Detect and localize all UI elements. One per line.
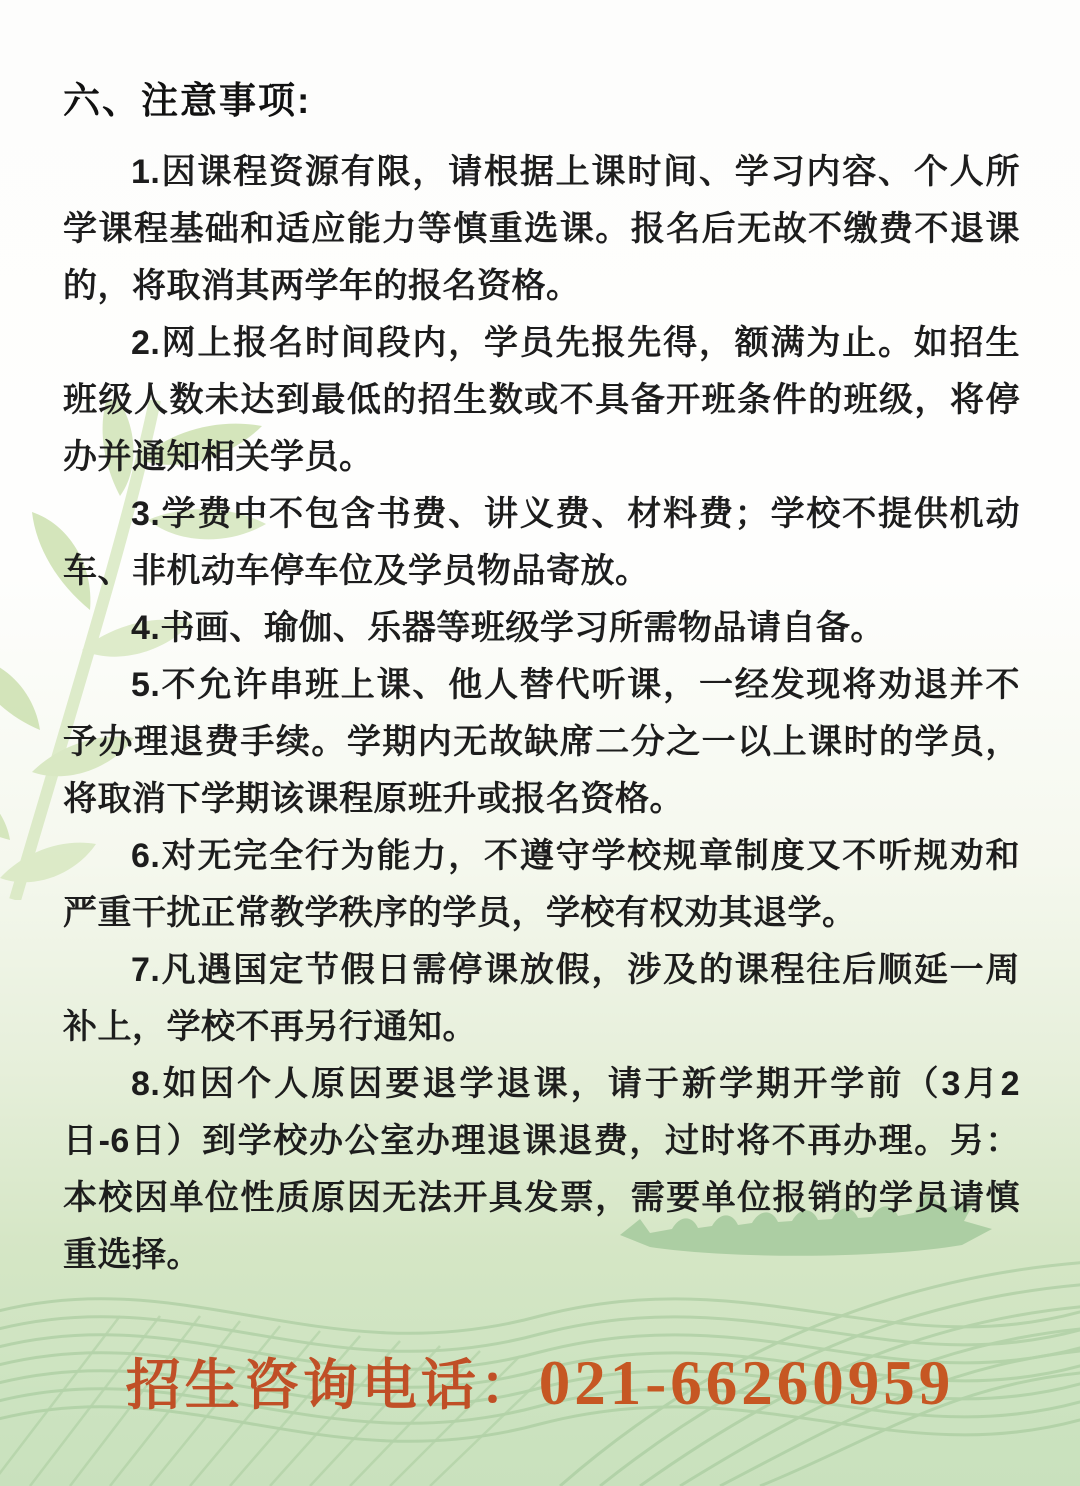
phone-label: 招生咨询电话： [126,1354,539,1416]
notice-page: 六、注意事项: 1.因课程资源有限，请根据上课时间、学习内容、个人所学课程基础和… [0,0,1080,1486]
enrollment-phone-line: 招生咨询电话：021-66260959 [0,1341,1080,1420]
notice-content: 六、注意事项: 1.因课程资源有限，请根据上课时间、学习内容、个人所学课程基础和… [63,70,1020,1284]
notice-item-2: 2.网上报名时间段内，学员先报先得，额满为止。如招生班级人数未达到最低的招生数或… [63,315,1020,486]
notice-item-8: 8.如因个人原因要退学退课，请于新学期开学前（3月2日-6日）到学校办公室办理退… [63,1056,1020,1284]
notice-item-4: 4.书画、瑜伽、乐器等班级学习所需物品请自备。 [63,600,1020,657]
phone-number: 021-66260959 [539,1348,954,1418]
notice-item-1: 1.因课程资源有限，请根据上课时间、学习内容、个人所学课程基础和适应能力等慎重选… [63,144,1020,315]
section-title: 六、注意事项: [63,70,1020,124]
notice-item-5: 5.不允许串班上课、他人替代听课，一经发现将劝退并不予办理退费手续。学期内无故缺… [63,657,1020,828]
notice-item-7: 7.凡遇国定节假日需停课放假，涉及的课程往后顺延一周补上，学校不再另行通知。 [63,942,1020,1056]
notice-item-6: 6.对无完全行为能力，不遵守学校规章制度又不听规劝和严重干扰正常教学秩序的学员，… [63,828,1020,942]
notice-item-3: 3.学费中不包含书费、讲义费、材料费；学校不提供机动车、非机动车停车位及学员物品… [63,486,1020,600]
